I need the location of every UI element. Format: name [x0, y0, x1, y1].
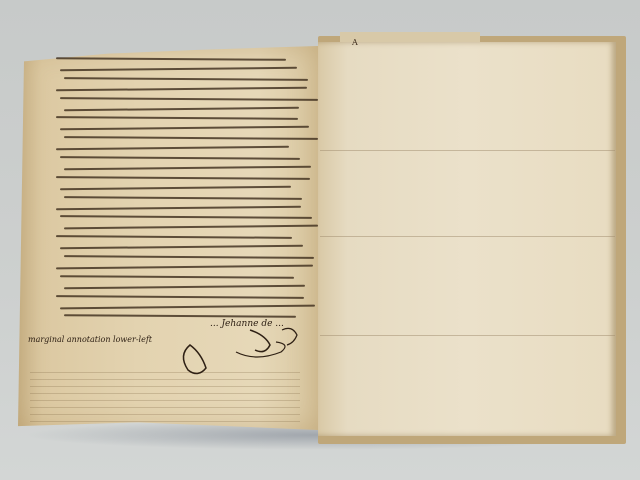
signatures: A: [0, 0, 640, 480]
page-mark: A: [351, 38, 358, 47]
